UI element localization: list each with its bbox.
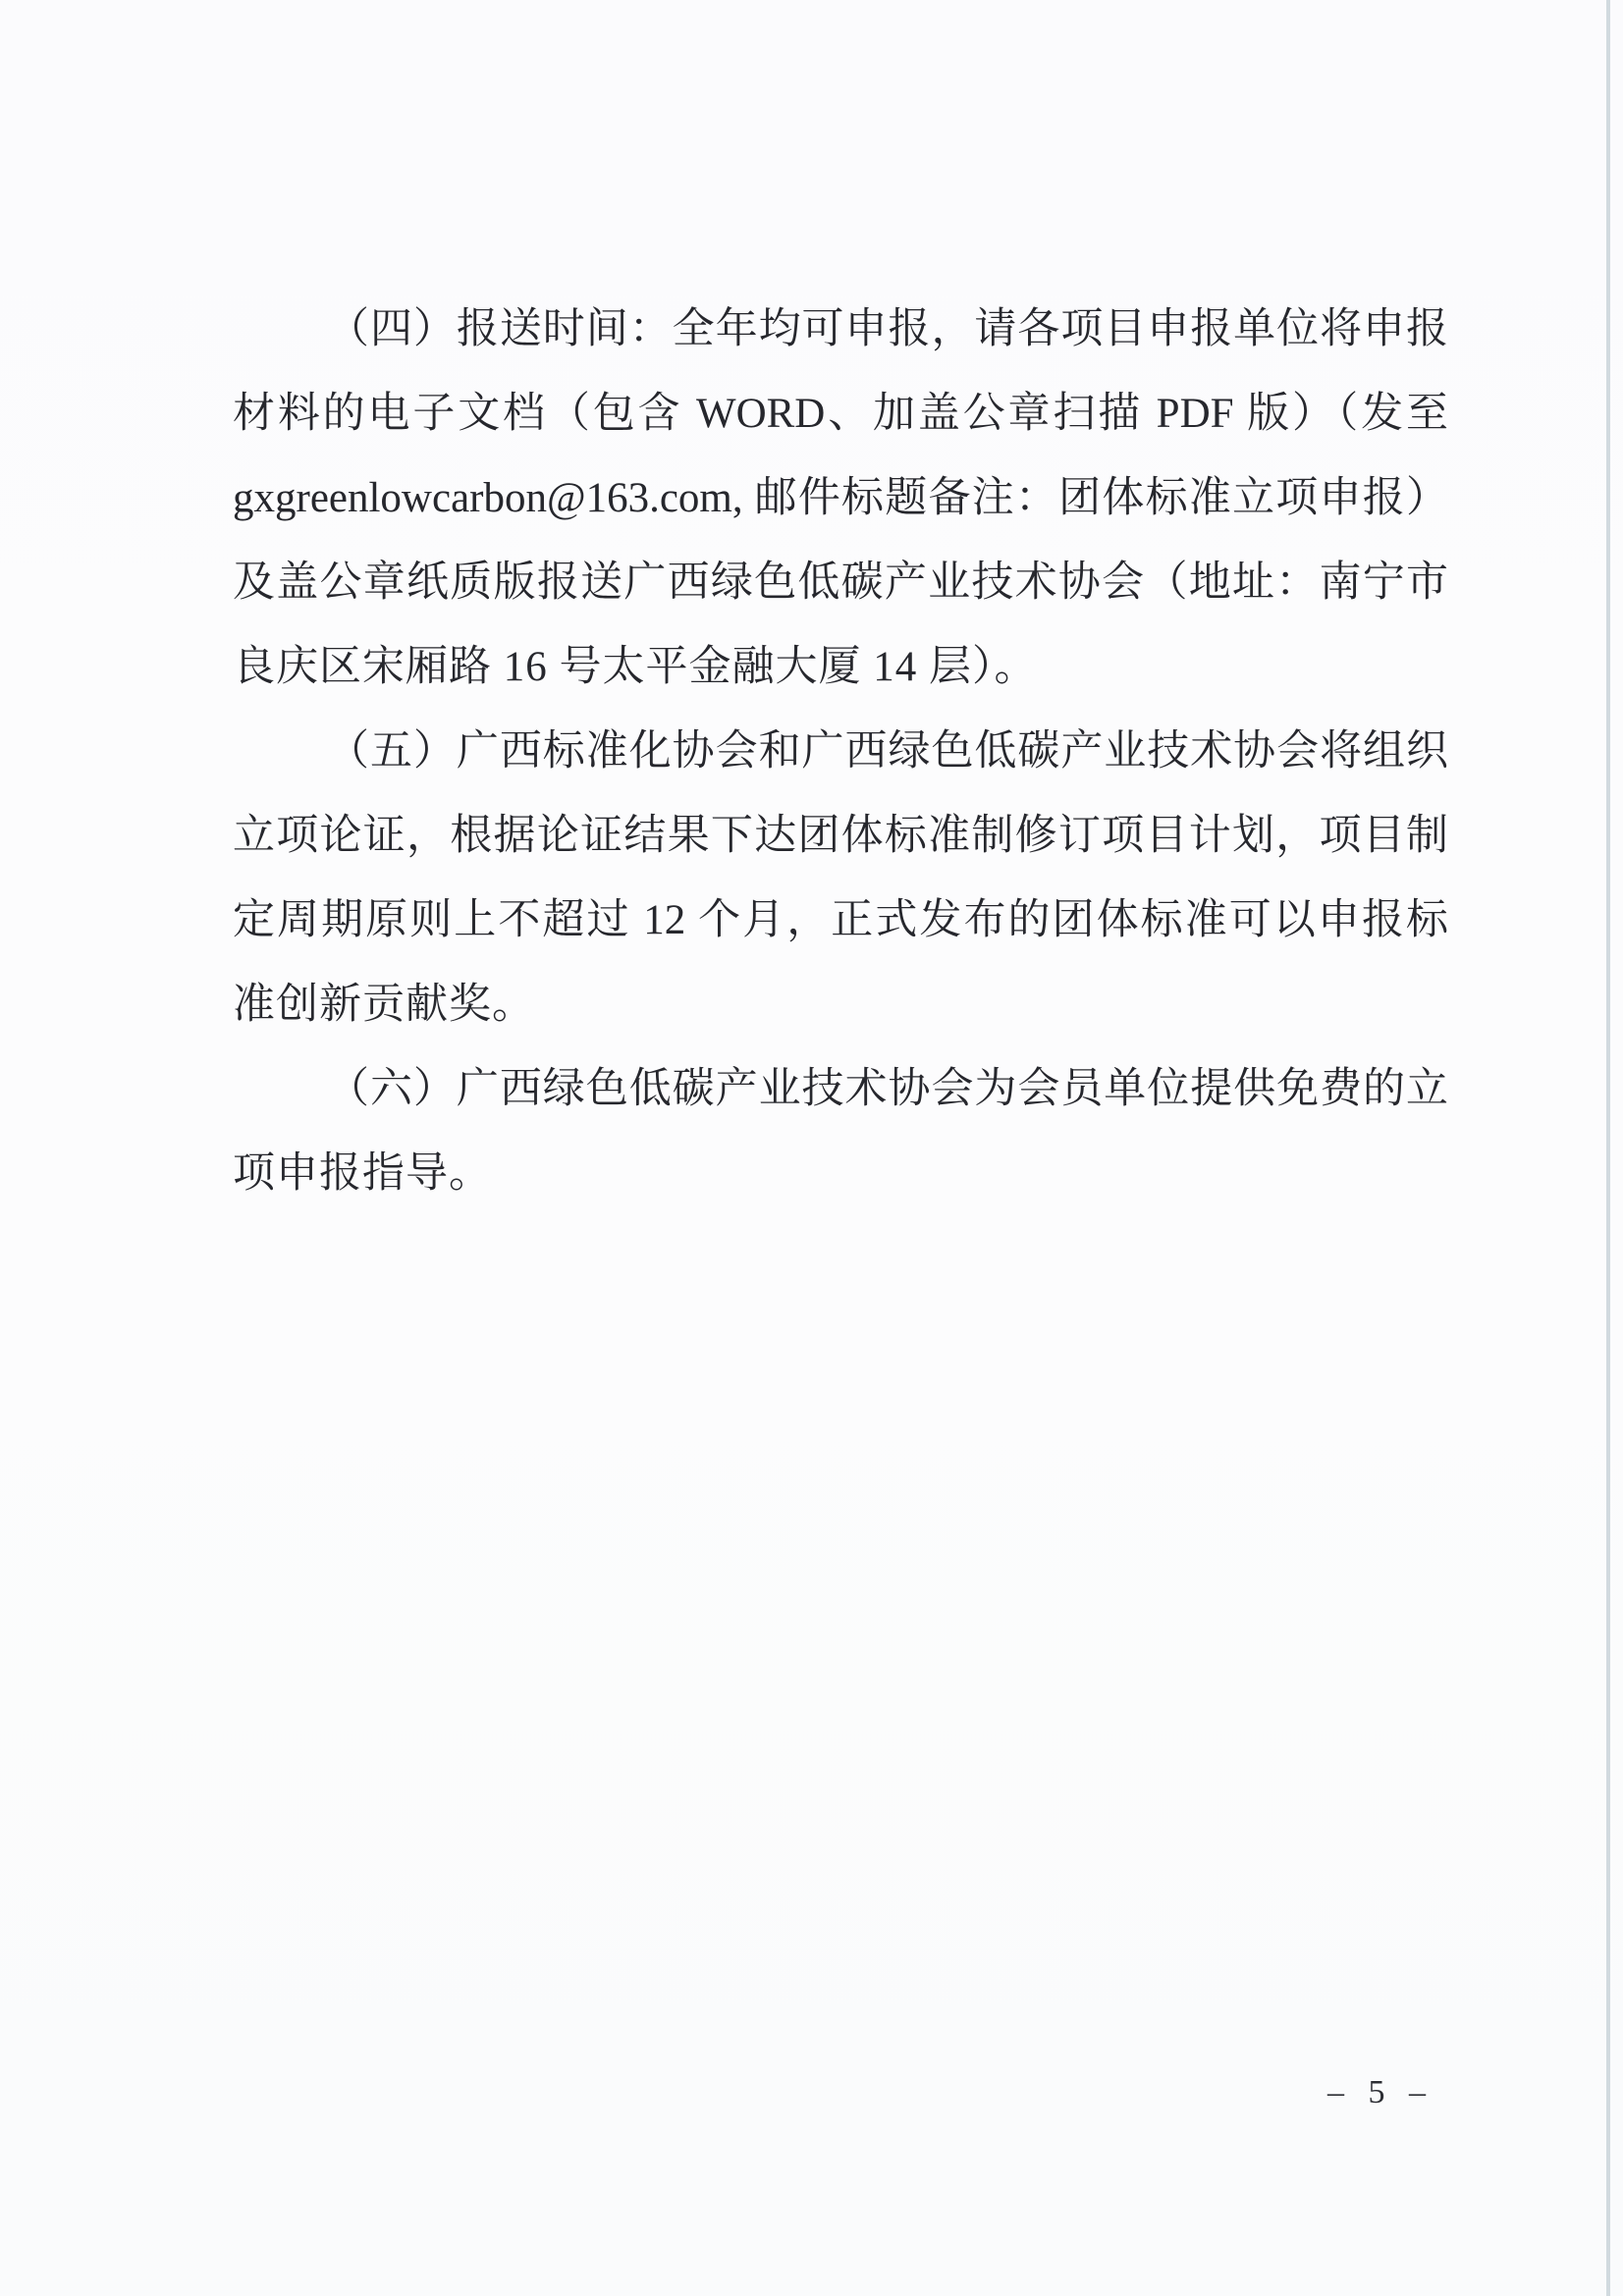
paragraph-line: 及盖公章纸质版报送广西绿色低碳产业技术协会（地址：南宁市 [233,541,1448,625]
paragraph-line: 材料的电子文档（包含 WORD、加盖公章扫描 PDF 版）（发至 [233,372,1448,456]
paragraph-line: 定周期原则上不超过 12 个月，正式发布的团体标准可以申报标 [233,879,1448,963]
document-body: （四）报送时间：全年均可申报，请各项目申报单位将申报 材料的电子文档（包含 WO… [233,288,1448,1216]
paragraph-line: 准创新贡献奖。 [233,963,1448,1047]
paragraph-line: 立项论证，根据论证结果下达团体标准制修订项目计划，项目制 [233,794,1448,879]
paragraph-line: （六）广西绿色低碳产业技术协会为会员单位提供免费的立 [233,1047,1448,1132]
paragraph-line: （四）报送时间：全年均可申报，请各项目申报单位将申报 [233,288,1448,372]
page-number: – 5 – [1327,2069,1445,2116]
paragraph-line: （五）广西标准化协会和广西绿色低碳产业技术协会将组织 [233,710,1448,794]
page: （四）报送时间：全年均可申报，请各项目申报单位将申报 材料的电子文档（包含 WO… [0,0,1623,2296]
paragraph-line: 良庆区宋厢路 16 号太平金融大厦 14 层）。 [233,625,1448,710]
paragraph-line: 项申报指导。 [233,1132,1448,1216]
scan-edge-line [1606,0,1610,2296]
paragraph-line: gxgreenlowcarbon@163.com, 邮件标题备注：团体标准立项申… [233,456,1448,541]
